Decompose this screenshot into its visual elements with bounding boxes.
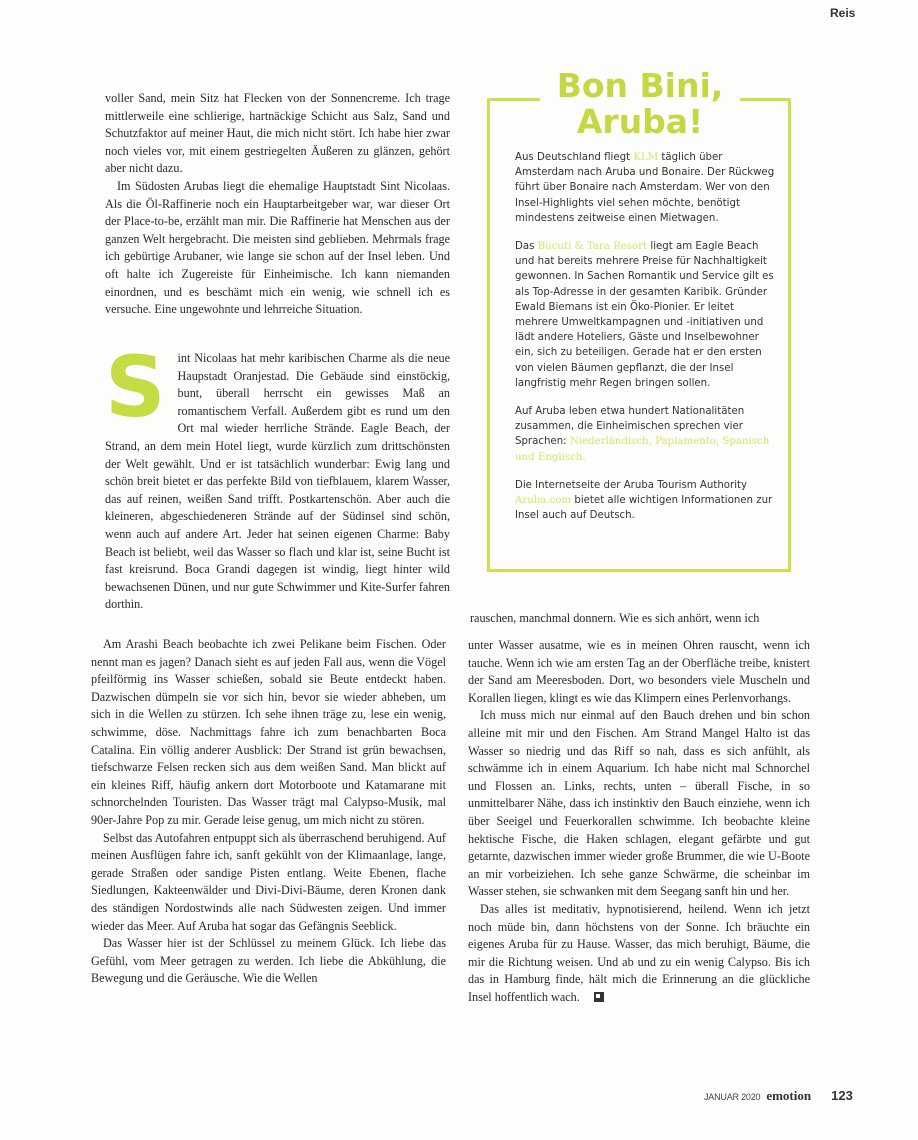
highlight-resort: Bucuti & Tara Resort xyxy=(538,241,648,252)
info-paragraph-flights: Aus Deutschland fliegt KLM täglich über … xyxy=(515,150,777,226)
paragraph: Ich muss mich nur einmal auf den Bauch d… xyxy=(468,707,810,901)
paragraph-text: Das alles ist meditativ, hypnotisierend,… xyxy=(468,902,810,1004)
info-box-title-line-1: Bon Bini, xyxy=(548,68,732,104)
page-footer: JANUAR 2020 emotion 123 xyxy=(704,1088,853,1104)
article-dropcap-section: S int Nicolaas hat mehr karibischen Char… xyxy=(105,350,450,614)
end-of-article-icon xyxy=(594,992,604,1002)
section-label: Reis xyxy=(830,6,855,20)
magazine-brand: emotion xyxy=(766,1088,811,1104)
paragraph: unter Wasser ausatme, wie es in meinen O… xyxy=(468,637,810,707)
info-box-body: Aus Deutschland fliegt KLM täglich über … xyxy=(515,150,777,536)
paragraph: rauschen, manchmal donnern. Wie es sich … xyxy=(470,610,810,628)
article-column-1-top: voller Sand, mein Sitz hat Flecken von d… xyxy=(105,90,450,319)
paragraph: Das Wasser hier ist der Schlüssel zu mei… xyxy=(91,935,446,988)
page-number: 123 xyxy=(831,1088,853,1103)
info-paragraph-website: Die Internetseite der Aruba Tourism Auth… xyxy=(515,478,777,524)
website-link[interactable]: Aruba.com xyxy=(515,495,571,506)
info-box-title: Bon Bini, Aruba! xyxy=(540,68,740,140)
text: Die Internetseite der Aruba Tourism Auth… xyxy=(515,480,747,491)
info-paragraph-languages: Auf Aruba leben etwa hundert Nationalitä… xyxy=(515,404,777,465)
highlight-airline: KLM xyxy=(633,152,658,163)
paragraph: Im Südosten Arubas liegt die ehemalige H… xyxy=(105,178,450,319)
paragraph: voller Sand, mein Sitz hat Flecken von d… xyxy=(105,90,450,178)
text: Aus Deutschland fliegt xyxy=(515,152,633,163)
paragraph: Das alles ist meditativ, hypnotisierend,… xyxy=(468,901,810,1007)
text: liegt am Eagle Beach und hat bereits meh… xyxy=(515,241,774,389)
article-column-2-top: rauschen, manchmal donnern. Wie es sich … xyxy=(470,610,810,628)
paragraph: Selbst das Autofahren entpuppt sich als … xyxy=(91,830,446,936)
info-box-title-line-2: Aruba! xyxy=(548,104,732,140)
drop-cap-letter: S xyxy=(105,352,166,424)
text: Das xyxy=(515,241,538,252)
issue-date: JANUAR 2020 xyxy=(704,1092,760,1102)
article-column-1-bottom: Am Arashi Beach beobachte ich zwei Pelik… xyxy=(91,636,446,988)
article-column-2-bottom: unter Wasser ausatme, wie es in meinen O… xyxy=(468,637,810,1006)
info-paragraph-resort: Das Bucuti & Tara Resort liegt am Eagle … xyxy=(515,239,777,391)
paragraph: Am Arashi Beach beobachte ich zwei Pelik… xyxy=(91,636,446,830)
